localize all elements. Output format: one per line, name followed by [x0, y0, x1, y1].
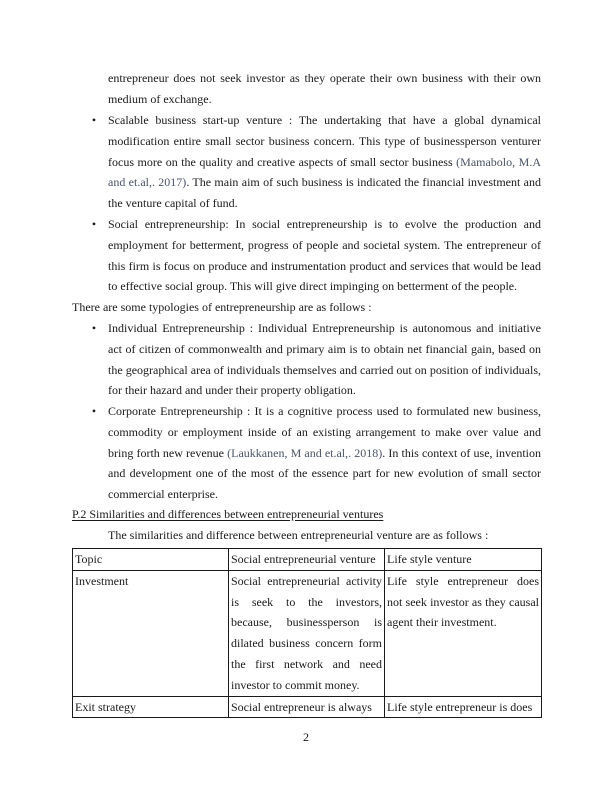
- bullet-icon: •: [88, 214, 100, 235]
- table-cell-social: Social entrepreneurial activity is seek …: [229, 570, 385, 696]
- header-lifestyle-venture: Life style venture: [385, 549, 542, 571]
- bullet-scalable-startup: • Scalable business start-up venture : T…: [108, 110, 541, 214]
- table-cell-lifestyle: Life style entrepreneur does not seek in…: [385, 570, 542, 696]
- bullet-corporate-entrepreneurship: • Corporate Entrepreneurship : It is a c…: [108, 401, 541, 505]
- bullet-individual-entrepreneurship: • Individual Entrepreneurship : Individu…: [108, 318, 541, 401]
- document-page: entrepreneur does not seek investor as t…: [0, 0, 612, 792]
- citation: (Laukkanen, M and et.al,. 2018): [227, 446, 382, 460]
- bullet-social-entrepreneurship: • Social entrepreneurship: In social ent…: [108, 214, 541, 297]
- comparison-table: Topic Social entrepreneurial venture Lif…: [72, 548, 542, 718]
- table-intro: The similarities and difference between …: [108, 525, 488, 546]
- table-row: Investment Social entrepreneurial activi…: [73, 570, 542, 696]
- table-cell-topic: Exit strategy: [73, 696, 229, 718]
- table-cell-lifestyle: Life style entrepreneur is does: [385, 696, 542, 718]
- typologies-intro: There are some typologies of entrepreneu…: [72, 297, 372, 318]
- table-cell-social: Social entrepreneur is always: [229, 696, 385, 718]
- bullet-icon: •: [88, 318, 100, 339]
- bullet-text: Social entrepreneurship: In social entre…: [108, 217, 541, 293]
- table-row: Exit strategy Social entrepreneur is alw…: [73, 696, 542, 718]
- header-topic: Topic: [73, 549, 229, 571]
- table-header-row: Topic Social entrepreneurial venture Lif…: [73, 549, 542, 571]
- continuation-paragraph: entrepreneur does not seek investor as t…: [108, 68, 541, 110]
- page-number: 2: [0, 728, 612, 746]
- bullet-text: Individual Entrepreneurship : Individual…: [108, 321, 541, 397]
- bullet-icon: •: [88, 110, 100, 131]
- table-cell-topic: Investment: [73, 570, 229, 696]
- header-social-venture: Social entrepreneurial venture: [229, 549, 385, 571]
- bullet-icon: •: [88, 401, 100, 422]
- section-heading: P.2 Similarities and differences between…: [72, 504, 383, 525]
